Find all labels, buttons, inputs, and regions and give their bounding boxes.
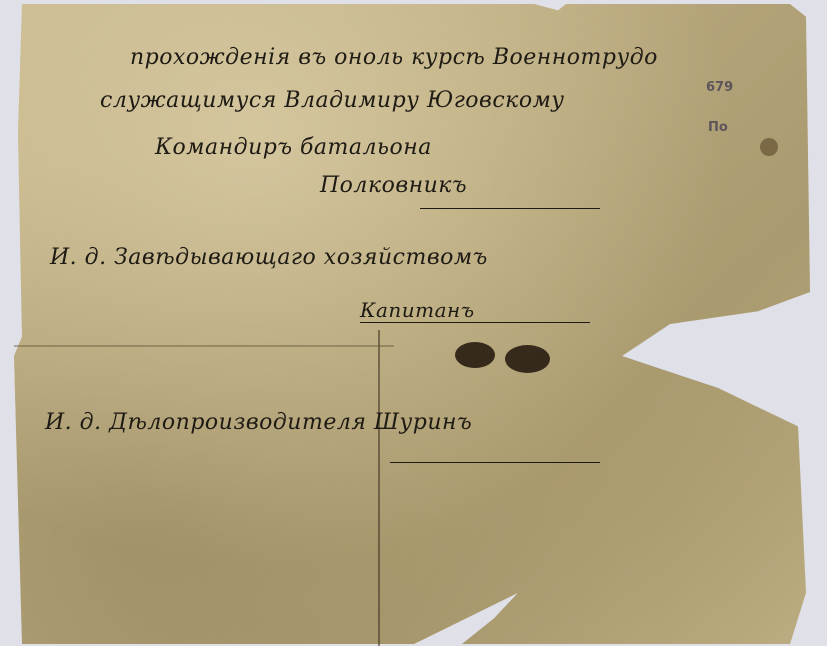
stamp-label: По xyxy=(708,120,728,135)
text-line-1: прохожденія въ оноль курсѣ Военнотрудо xyxy=(130,45,658,70)
signature-colonel xyxy=(420,208,600,209)
signature-captain xyxy=(360,322,590,323)
ink-stain xyxy=(760,138,778,156)
fold-crease-horizontal xyxy=(14,345,394,347)
ink-stain xyxy=(455,342,495,368)
stamp-number: 679 xyxy=(706,80,733,95)
text-line-6: Капитанъ xyxy=(360,298,475,322)
ink-stain xyxy=(505,345,550,373)
fold-crease-vertical xyxy=(378,330,380,646)
signature-clerk xyxy=(390,462,600,463)
text-line-4: Полковникъ xyxy=(320,173,467,198)
text-line-3: Командиръ батальона xyxy=(155,135,432,160)
text-line-7: И. д. Дѣлопроизводителя Шуринъ xyxy=(45,410,472,435)
text-line-5: И. д. Завѣдывающаго хозяйствомъ xyxy=(50,245,488,270)
text-line-2: служащимуся Владимиру Юговскому xyxy=(100,88,565,113)
